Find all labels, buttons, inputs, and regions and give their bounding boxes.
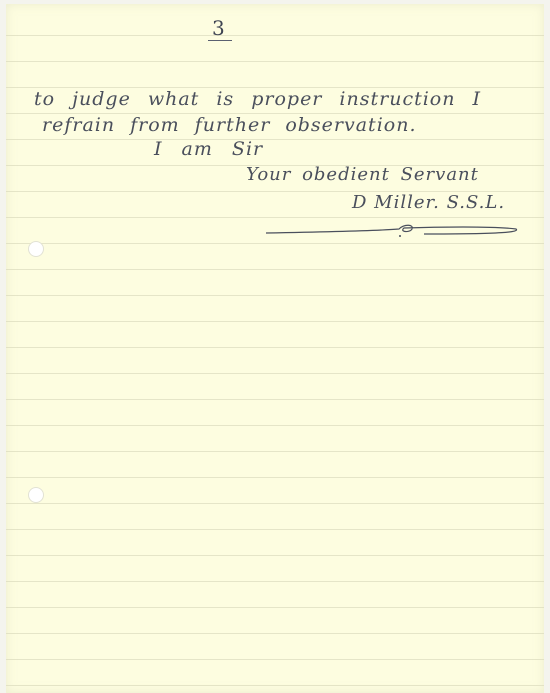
letter-page: 3 to judge what is proper instruction I … bbox=[6, 4, 544, 693]
signature-flourish bbox=[264, 220, 524, 240]
punch-hole-top bbox=[28, 241, 44, 257]
valediction: Your obedient Servant bbox=[246, 164, 479, 185]
body-line-2: refrain from further observation. bbox=[42, 114, 417, 136]
body-line-1: to judge what is proper instruction I bbox=[34, 88, 481, 110]
page-number: 3 bbox=[212, 16, 226, 40]
signature: D Miller. S.S.L. bbox=[352, 192, 505, 213]
page-number-underline bbox=[208, 40, 232, 41]
punch-hole-bottom bbox=[28, 487, 44, 503]
closing-line: I am Sir bbox=[154, 138, 263, 160]
